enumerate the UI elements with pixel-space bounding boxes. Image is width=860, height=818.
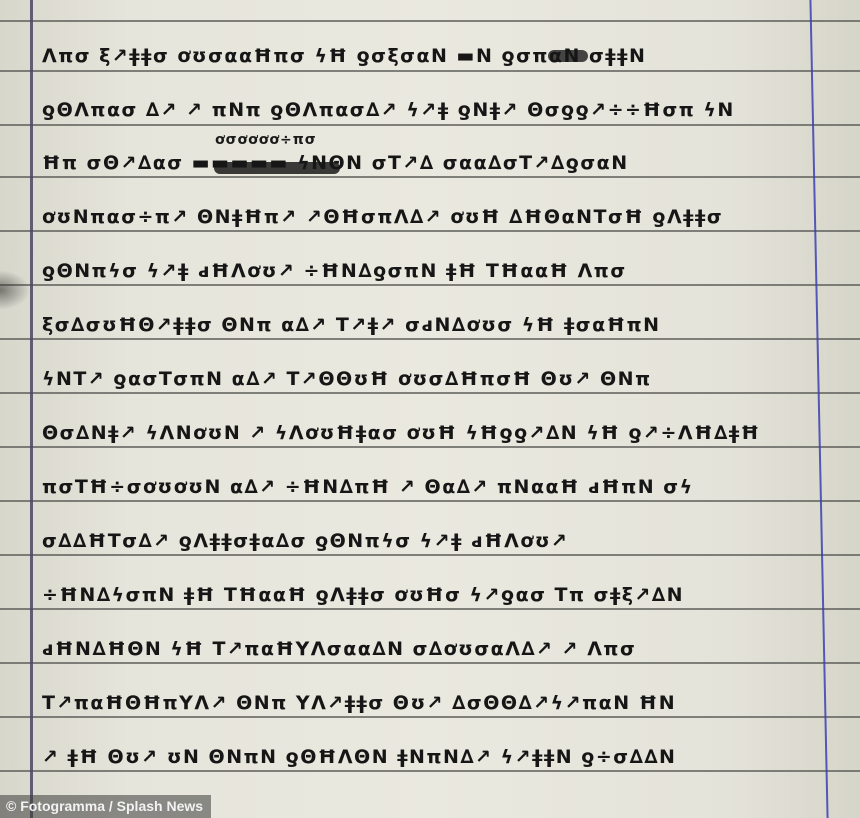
handwritten-line: Ħπ σΘ↗∆ασ ▬▬▬▬▬ ϟNΘN σT↗∆ σαα∆σT↗∆ƍσαN (42, 152, 629, 174)
ruled-line (0, 716, 860, 718)
ruled-line (0, 662, 860, 664)
ruled-line (0, 338, 860, 340)
ruled-line (0, 608, 860, 610)
handwritten-line: ԁĦN∆ĦΘN ϟĦ T↗παĦΥΛσαα∆N σ∆ơʊσαΛ∆↗ ↗ Λπσ (42, 638, 636, 660)
ruled-line (0, 230, 860, 232)
right-margin-line (809, 0, 828, 818)
ruled-line (0, 176, 860, 178)
handwritten-line: ƍΘΛπασ ∆↗ ↗ πNπ ƍΘΛπασ∆↗ ϟ↗ǂ ƍNǂ↗ Θσƍƍ↗÷… (42, 99, 735, 121)
handwritten-line: Θσ∆Nǂ↗ ϟΛNơʊN ↗ ϟΛơʊĦǂασ ơʊĦ ϟĦƍƍ↗∆N ϟĦ … (42, 422, 761, 444)
ruled-line (0, 554, 860, 556)
notebook-page-photo: ơσơơơơ÷πσ Λπσ ξ↗ǂǂσ ơʊσααĦπσ ϟĦ ƍσξσαN ▬… (0, 0, 860, 818)
photo-credit-watermark: © Fotogramma / Splash News (0, 795, 211, 818)
handwritten-line: Λπσ ξ↗ǂǂσ ơʊσααĦπσ ϟĦ ƍσξσαN ▬N ƍσπαN σǂ… (42, 45, 646, 67)
ruled-line (0, 446, 860, 448)
ruled-line (0, 500, 860, 502)
ruled-line (0, 124, 860, 126)
handwritten-line: ÷ĦN∆ϟσπN ǂĦ TĦααĦ ƍΛǂǂσ ơʊĦσ ϟ↗ƍασ Tπ σǂ… (42, 584, 684, 606)
ruled-line (0, 70, 860, 72)
handwritten-line: πσTĦ÷σơʊơʊN α∆↗ ÷ĦN∆πĦ ↗ Θα∆↗ πNααĦ ԁĦπN… (42, 476, 694, 498)
ruled-line (0, 20, 860, 22)
ruled-line (0, 770, 860, 772)
handwritten-line: ξσ∆σʊĦΘ↗ǂǂσ ΘNπ α∆↗ T↗ǂ↗ σԁN∆ơʊσ ϟĦ ǂσαĦ… (42, 314, 661, 336)
handwritten-line: σ∆∆ĦTσ∆↗ ƍΛǂǂσǂα∆σ ƍΘNπϟσ ϟ↗ǂ ԁĦΛơʊ↗ (42, 530, 568, 552)
ruled-line (0, 392, 860, 394)
handwritten-line: ƍΘNπϟσ ϟ↗ǂ ԁĦΛơʊ↗ ÷ĦN∆ƍσπN ǂĦ TĦααĦ Λπσ (42, 260, 627, 282)
finger-shadow (0, 270, 30, 310)
handwriting-insertion: ơσơơơơ÷πσ (215, 132, 317, 148)
handwritten-line: ↗ ǂĦ Θʊ↗ ʊN ΘNπN ƍΘĦΛΘN ǂNπN∆↗ ϟ↗ǂǂN ƍ÷σ… (42, 746, 676, 768)
ruled-line (0, 284, 860, 286)
handwritten-line: ϟNT↗ ƍασTσπN α∆↗ T↗ΘΘʊĦ ơʊσ∆ĦπσĦ Θʊ↗ ΘNπ (42, 368, 652, 390)
handwritten-line: ơʊNπασ÷π↗ ΘNǂĦπ↗ ↗ΘĦσπΛ∆↗ ơʊĦ ∆ĦΘαNTσĦ ƍ… (42, 206, 723, 228)
left-margin-line (30, 0, 33, 818)
handwritten-line: T↗παĦΘĦπΥΛ↗ ΘNπ ΥΛ↗ǂǂσ Θʊ↗ ∆σΘΘ∆↗ϟ↗παN Ħ… (42, 692, 676, 714)
